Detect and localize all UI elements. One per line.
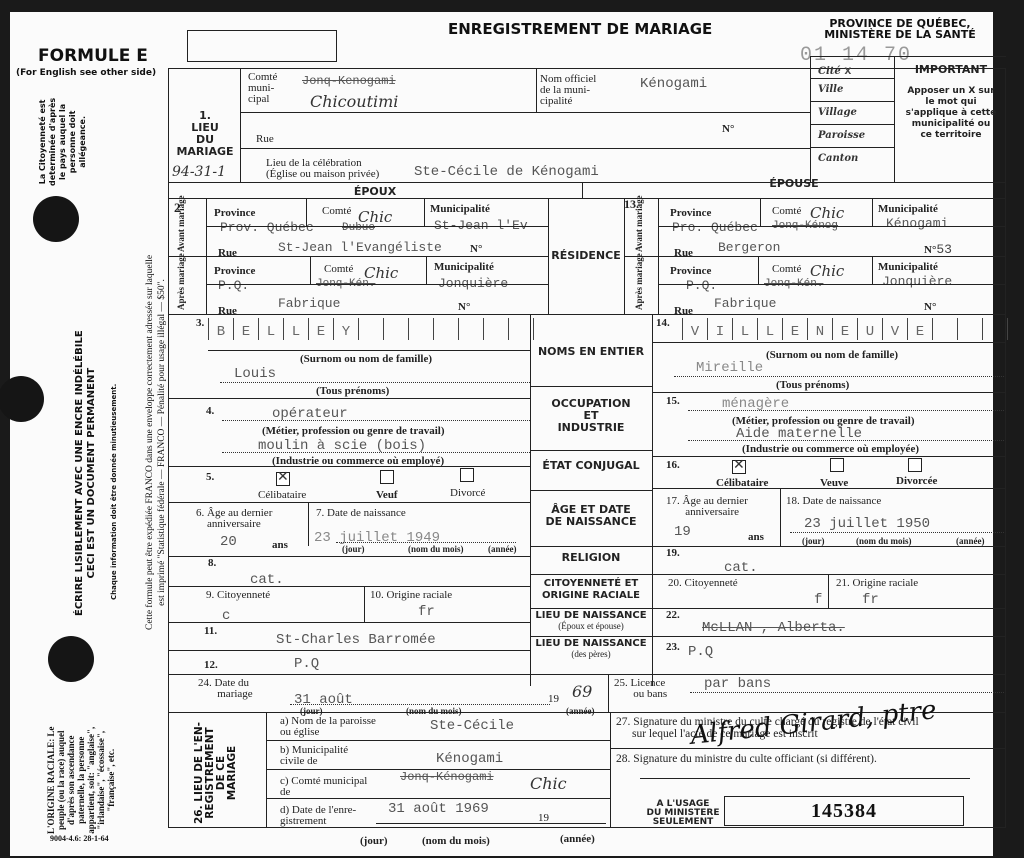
epoux-lieu-peres: P.Q (294, 656, 319, 672)
epouse-lieu-peres: P.Q (688, 644, 713, 660)
field-7-label: 7. Date de naissance (316, 508, 406, 519)
nom-officiel-value: Kénogami (640, 76, 707, 92)
field-25-label: 25. Licence ou bans (614, 678, 667, 700)
epouse-citoyennete: f (814, 592, 822, 608)
rue-label: Rue (674, 248, 693, 259)
field-3-num: 3. (196, 318, 204, 329)
field-17-label: 17. Âge au dernier anniversaire (666, 496, 748, 518)
rue-label: Rue (256, 134, 274, 145)
epouse-avant-municipalite: Kénogami (886, 216, 948, 231)
field-14-num: 14. (656, 318, 670, 329)
punch-hole (48, 636, 94, 682)
citizenship-note: La Citoyenneté estdeterminée d'aprèsle p… (38, 98, 88, 186)
field-12-num: 12. (204, 660, 218, 671)
field-5-num: 5. (206, 472, 214, 483)
epouse-origine: fr (862, 592, 879, 608)
residence-label: RÉSIDENCE (548, 250, 624, 262)
epouse-surname-grid: VILLENEUVE (682, 318, 1008, 340)
epoux-apres-rue: Fabrique (278, 296, 340, 311)
epouse-avant-province: Pro. Québec (672, 220, 758, 235)
rue-label: Rue (218, 248, 237, 259)
lieu-naissance-peres-label: LIEU DE NAISSANCE(des pères) (530, 638, 652, 660)
jour-caption: (jour) (360, 836, 388, 847)
surnom-caption: (Surnom ou nom de famille) (300, 354, 432, 365)
field-10-label: 10. Origine raciale (370, 590, 452, 601)
epouse-celibataire-checkbox[interactable]: ✕ (732, 460, 746, 474)
epoux-avant-province: Prov. Québec (220, 220, 314, 235)
epoux-apres-comte: Chic (364, 264, 398, 282)
paroisse-value: Ste-Cécile (430, 718, 514, 734)
noms-label: NOMS EN ENTIER (530, 346, 652, 358)
veuf-label: Veuf (376, 490, 398, 501)
comte-label: Comté (772, 206, 801, 217)
field-23-num: 23. (666, 642, 680, 653)
field-18-label: 18. Date de naissance (786, 496, 881, 507)
epouse-apres-province: P.Q. (686, 278, 717, 293)
comte-value: Chicoutimi (310, 92, 398, 111)
enreg-row-municipalite: b) Municipalitécivile de Kénogami (266, 741, 610, 770)
punch-hole (0, 376, 44, 422)
field-16-num: 16. (666, 460, 680, 471)
avant-mariage-label: Avant mariage (634, 195, 645, 252)
annee-caption: (année) (488, 544, 517, 555)
epouse-avant-rue: Bergeron (718, 240, 780, 255)
ministry-header: PROVINCE DE QUÉBEC,MINISTÈRE DE LA SANTÉ (810, 18, 990, 40)
comte-label: Comtémuni-cipal (248, 72, 277, 105)
field-9-label: 9. Citoyenneté (206, 590, 270, 601)
enreg-row-comte: c) Comté municipalde Jonq-Kénogami Chic (266, 770, 610, 799)
comte-struck: Jonq-Kénogami (400, 770, 494, 784)
english-note: (For English see other side) (16, 68, 156, 78)
field-22-num: 22. (666, 610, 680, 621)
annee-caption: (année) (560, 834, 595, 845)
religion-label: RELIGION (530, 552, 652, 564)
muni-type-village[interactable]: Village (810, 102, 894, 125)
enreg-row-paroisse: a) Nom de la paroisseou église Ste-Cécil… (266, 712, 610, 741)
epoux-prenoms: Louis (234, 366, 276, 382)
prenoms-caption: (Tous prénoms) (316, 386, 389, 397)
epouse-prenoms: Mireille (696, 360, 763, 376)
enreg-row-date: d) Date de l'enre-gistrement 31 août 196… (266, 799, 610, 829)
marriage-registration-form: FORMULE E (For English see other side) L… (10, 12, 993, 856)
epoux-apres-province: P.Q. (218, 278, 249, 293)
rue-label: Rue (218, 306, 237, 317)
field-26-title: 26. LIEU DE L'EN-REGISTREMENTDE CEMARIAG… (194, 722, 238, 824)
metier-caption: (Métier, profession ou genre de travail) (262, 426, 445, 437)
sig28-label: 28. Signature du ministre du culte offic… (616, 754, 877, 765)
epouse-age: 19 (674, 524, 691, 540)
comte-value: Chic (530, 774, 567, 793)
municipalite-label: Municipalité (878, 204, 938, 215)
epoux-surname-grid: BELLEY (208, 318, 534, 340)
avant-mariage-label: Avant mariage (176, 195, 187, 252)
province-label: Province (670, 208, 711, 219)
epoux-header: ÉPOUX (170, 186, 580, 198)
occupation-label: OCCUPATIONETINDUSTRIE (530, 398, 652, 434)
licence-value: par bans (704, 676, 771, 692)
epouse-apres-municipalite: Jonquière (882, 274, 952, 289)
epoux-celibataire-checkbox[interactable]: ✕ (276, 472, 290, 486)
epoux-veuf-checkbox[interactable] (380, 470, 394, 484)
nom-officiel-label: Nom officielde la muni-cipalité (540, 74, 596, 107)
province-label: Province (670, 266, 711, 277)
form-id: FORMULE E (38, 46, 148, 66)
no-label: N° (470, 244, 482, 255)
epouse-lieu-naissance: McLLAN , Alberta. (702, 620, 845, 636)
municipalite-value: Kénogami (436, 751, 503, 767)
epoux-avant-rue: St-Jean l'Evangéliste (278, 240, 442, 255)
important-note: Apposer un X surle mot quis'applique à c… (896, 86, 1006, 141)
section-1-title: 1.LIEUDUMARIAGE (170, 110, 240, 158)
ans-label: ans (272, 540, 288, 551)
year-prefix: 19 (548, 694, 559, 705)
muni-type-ville[interactable]: Ville (810, 79, 894, 102)
no-label: N° (458, 302, 470, 313)
citoyennete-label: CITOYENNETÉ ETORIGINE RACIALE (530, 578, 652, 602)
epoux-avant-comte: Chic (358, 208, 392, 226)
comte-label: Comté (324, 264, 353, 275)
epouse-apres-rue: Fabrique (714, 296, 776, 311)
epouse-divorcee-checkbox[interactable] (908, 458, 922, 472)
field-11-num: 11. (204, 626, 217, 637)
muni-type-canton[interactable]: Canton (810, 148, 894, 170)
lieu-naissance-label: LIEU DE NAISSANCE(Époux et épouse) (530, 610, 652, 632)
comte-label: Comté (772, 264, 801, 275)
epoux-origine: fr (418, 604, 435, 620)
jour-caption: (jour) (342, 544, 365, 555)
registration-number: 145384 (725, 797, 963, 825)
no-label: N° (924, 302, 936, 313)
enregistrement-table: a) Nom de la paroisseou église Ste-Cécil… (266, 712, 610, 829)
epouse-header: ÉPOUSE (584, 178, 1004, 190)
rue-label: Rue (674, 306, 693, 317)
field-8-num: 8. (208, 558, 216, 569)
field-15-num: 15. (666, 396, 680, 407)
office-use-box (187, 30, 337, 62)
celebration-label: Lieu de la célébration(Église ou maison … (266, 158, 379, 180)
municipality-type-list: Cité x Ville Village Paroisse Canton (810, 56, 894, 170)
field-6-label: 6. Âge au dernier anniversaire (196, 508, 272, 530)
epoux-age: 20 (220, 534, 237, 550)
municipalite-label: Municipalité (430, 204, 490, 215)
comte-value-struck: Jonq-Kenogami (302, 74, 396, 88)
epoux-divorce-checkbox[interactable] (460, 468, 474, 482)
page-title: ENREGISTREMENT DE MARIAGE (448, 20, 712, 38)
prenoms-caption: (Tous prénoms) (776, 380, 849, 391)
muni-type-paroisse[interactable]: Paroisse (810, 125, 894, 148)
punch-hole (33, 196, 79, 242)
enreg-date-value: 31 août 1969 (388, 801, 489, 817)
racial-origin-note: L'ORIGINE RACIALE: Lepeuple (ou la race)… (46, 726, 116, 834)
epouse-date-naissance: 23 juillet 1950 (804, 516, 930, 532)
epouse-apres-comte: Chic (810, 262, 844, 280)
field-24-label: 24. Date du mariage (198, 678, 253, 700)
usage-ministere-label: A L'USAGEDU MINISTERESEULEMENT (638, 800, 728, 827)
section-code: 94-31-1 (172, 164, 226, 180)
mois-caption: (nom du mois) (408, 544, 464, 555)
field-4-num: 4. (206, 406, 214, 417)
age-label: ÂGE ET DATEDE NAISSANCE (530, 504, 652, 528)
surnom-caption: (Surnom ou nom de famille) (766, 350, 898, 361)
field-21-label: 21. Origine raciale (836, 578, 918, 589)
ans-label: ans (748, 532, 764, 543)
mariage-year: 69 (572, 682, 592, 701)
no-label: N° (722, 124, 734, 135)
celibataire-label: Célibataire (258, 490, 306, 501)
province-label: Province (214, 208, 255, 219)
comte-label: Comté (322, 206, 351, 217)
divorcee-label: Divorcée (896, 476, 937, 487)
registration-number-box: 145384 (724, 796, 964, 826)
municipalite-label: Municipalité (878, 262, 938, 273)
mois-caption: (nom du mois) (422, 836, 490, 847)
province-label: Province (214, 266, 255, 277)
apres-mariage-label: Après mariage (634, 253, 645, 310)
epoux-lieu-naissance: St-Charles Barromée (276, 632, 436, 648)
important-title: IMPORTANT (896, 64, 1006, 76)
municipalite-label: Municipalité (434, 262, 494, 273)
form-code: 9004-4.6: 28-1-64 (50, 834, 109, 843)
write-legibly-note: ÉCRIRE LISIBLEMENT AVEC UNE ENCRE INDÉLÉ… (74, 330, 98, 616)
etat-label: ÉTAT CONJUGAL (530, 460, 652, 472)
celebration-value: Ste-Cécile de Kénogami (414, 164, 599, 180)
franco-note: Cette formule peut être expédiée FRANCO … (144, 255, 168, 630)
field-19-num: 19. (666, 548, 680, 559)
detail-note: Chaque information doit être donnée minu… (110, 384, 118, 600)
field-20-label: 20. Citoyenneté (668, 578, 738, 589)
muni-type-cite[interactable]: Cité x (810, 56, 894, 79)
divorce-label: Divorcé (450, 488, 485, 499)
industrie-caption: (Industrie ou commerce où employée) (742, 444, 919, 455)
epouse-avant-no: N°53 (924, 244, 952, 256)
apres-mariage-label: Après mariage (176, 253, 187, 310)
epouse-avant-comte: Chic (810, 204, 844, 222)
epouse-veuve-checkbox[interactable] (830, 458, 844, 472)
